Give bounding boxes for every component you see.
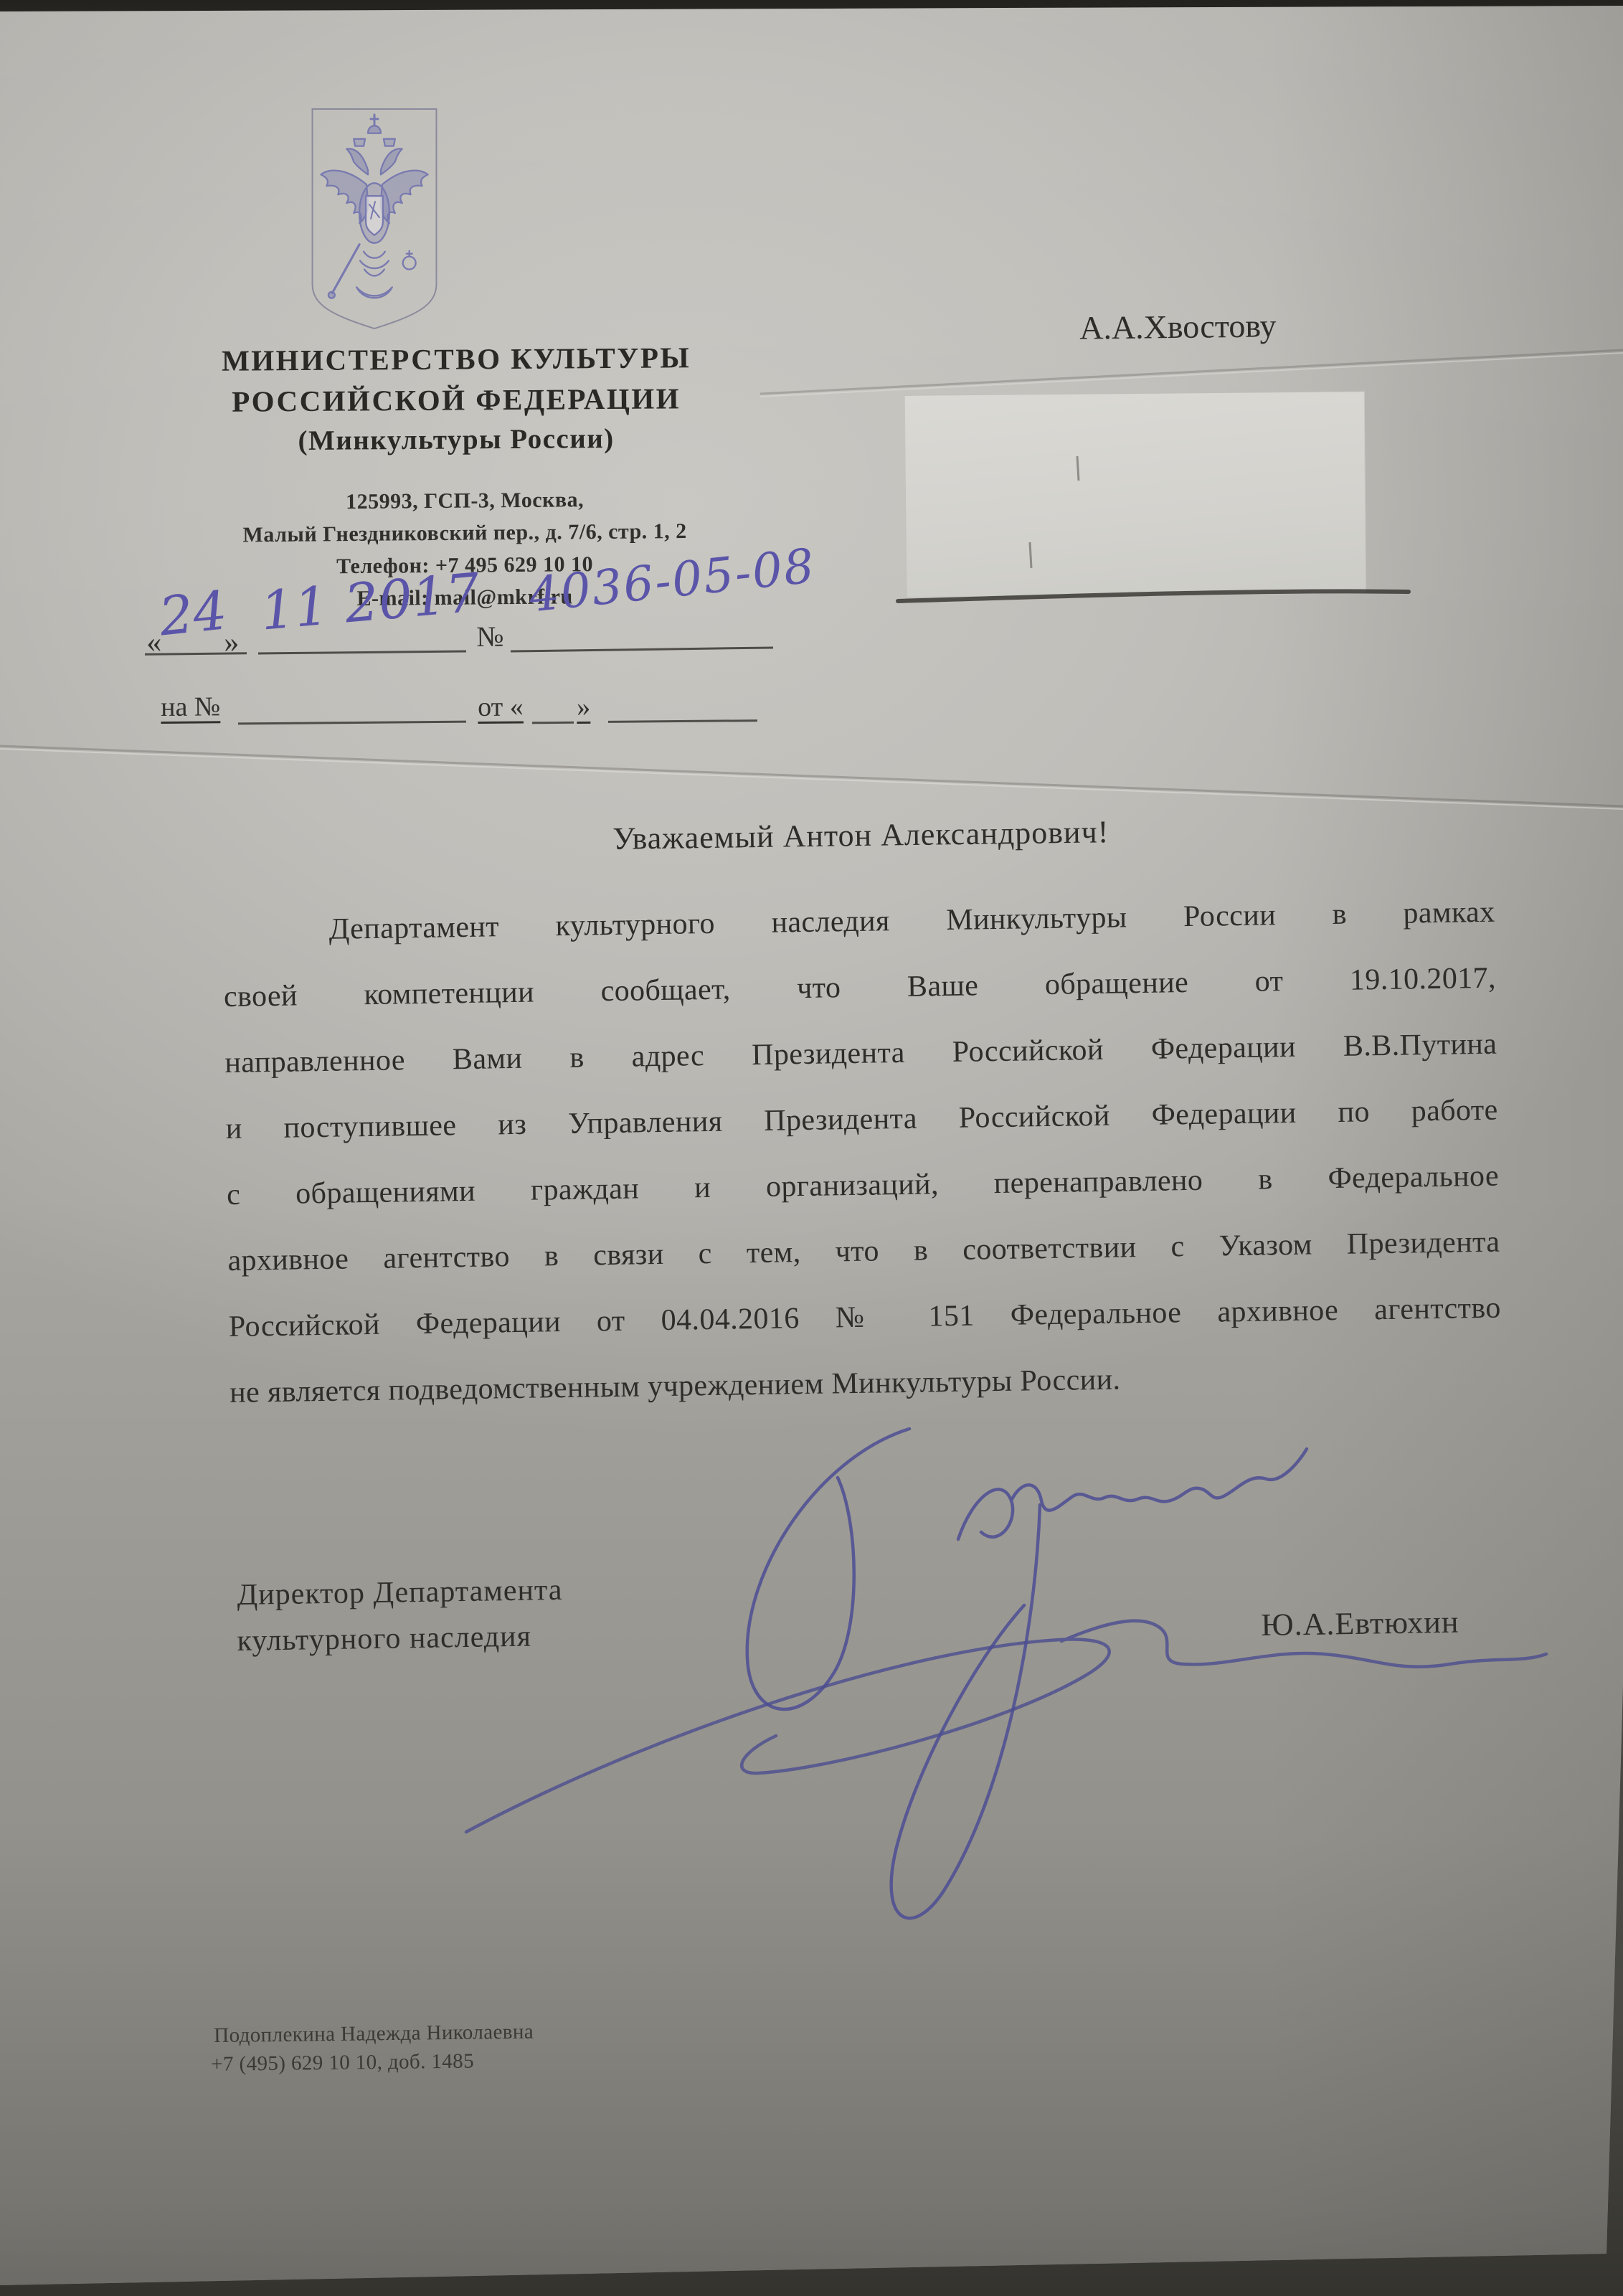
ministry-name-line3: (Минкультуры России): [98, 421, 815, 458]
ministry-name-line2: РОССИЙСКОЙ ФЕДЕРАЦИИ: [98, 380, 815, 420]
contact-person-phone: +7 (495) 629 10 10, доб. 1485: [211, 2047, 474, 2079]
number-sign-label: №: [476, 620, 504, 653]
signer-title-line2: культурного наследия: [237, 1614, 531, 1664]
body-paragraph: Департамент культурного наследия Минкуль…: [222, 879, 1503, 1426]
reply-date-close-quote: »: [577, 691, 590, 723]
photo-of-letter: { "letterhead": { "ministry_line1": "МИН…: [0, 0, 1623, 2296]
ministry-name-line1: МИНИСТЕРСТВО КУЛЬТУРЫ: [98, 339, 815, 379]
redacted-address-box: [904, 391, 1366, 597]
reply-number-label: на №: [161, 691, 220, 723]
addressee-name: А.А.Хвостову: [998, 306, 1358, 348]
reply-date-day-blank: [532, 722, 574, 724]
signer-name: Ю.А.Евтюхин: [1261, 1604, 1459, 1643]
coat-of-arms-icon: [306, 105, 443, 333]
contact-person-name: Подоплекина Надежда Николаевна: [214, 2018, 534, 2051]
handwritten-date-day: 24: [156, 580, 230, 648]
reply-date-from-label: от «: [478, 691, 524, 723]
signer-title-line1: Директор Департамента: [237, 1567, 563, 1618]
